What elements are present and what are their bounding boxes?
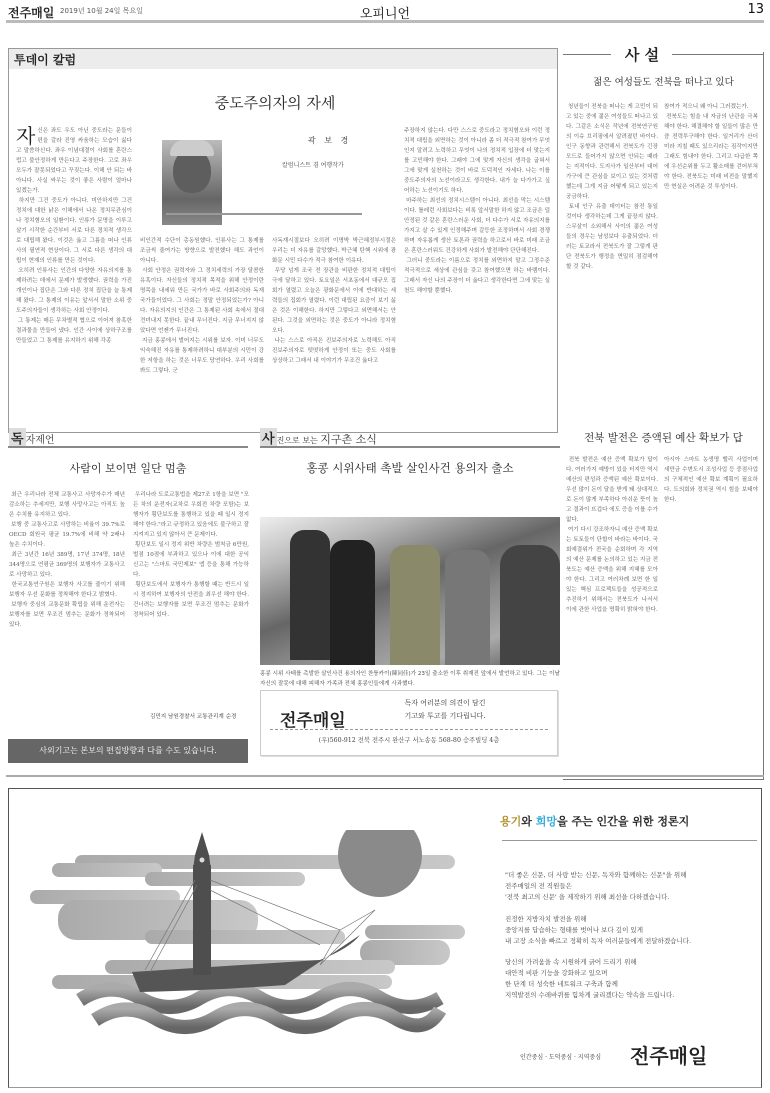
ad-paragraph-2: 진정한 지방자치 발전을 위해 중앙지를 답습하는 형태를 벗어나 보다 깊이 … — [505, 914, 765, 947]
column-paragraph: 사독재시절보다 오히려 이명박 박근혜정부시절은 우리는 더 자유를 갈망했다.… — [272, 238, 396, 264]
editorial-label: 사 설 — [612, 44, 672, 65]
column-paragraph: 오히려 인류사는 인간의 다양한 자유의지를 통제하려는 데에서 문제가 발생했… — [16, 268, 132, 314]
editorial-paragraph: 청년들이 전북을 떠나는 게 고민이 되고 있는 중에 젊은 여성들도 떠나고 … — [566, 104, 658, 200]
reader-letter-section-label: 독자제언 — [9, 428, 55, 447]
column-paragraph: 그 통제는 매든 무차별적 협으로 이어져 참혹한 결과물을 만들어 냈다. 인… — [16, 318, 132, 344]
news-photo-figure — [445, 550, 490, 665]
ad-line: '전북 최고의 신문' 을 제작하기 위해 최선을 다하겠습니다. — [505, 892, 765, 903]
ad-line: 당신의 가려움을 속 시원하게 긁어 드리기 위해 — [505, 957, 765, 968]
author-name: 곽 보 경 — [308, 135, 351, 146]
letter-paragraph: 보행 중 교통사고로 사망하는 비율이 39.7%로 OECD 회원국 평균 1… — [9, 522, 125, 548]
editorial-paragraph: 참여가 적으니 왜 아니 그러겠는가. — [664, 104, 749, 110]
ad-line: 내 고장 소식을 빠르고 정확히 독자 여러분들에게 전달하겠습니다. — [505, 936, 765, 947]
column-paragraph: 무당 넘게 조국 전 장관을 비판한 정치적 대립이 극에 달하고 있다. 토요… — [272, 268, 396, 334]
ad-headline-courage: 용기 — [500, 815, 521, 828]
reader-letter-initial: 독 — [9, 428, 26, 447]
ad-slogan: 인간중심 · 도덕중심 · 지역중심 — [520, 1052, 601, 1061]
ad-headline-rest: 을 주는 인간을 위한 정론지 — [557, 815, 689, 828]
news-photo-figure — [330, 540, 375, 665]
world-photo-label-small: 진으로 보는 — [277, 436, 321, 445]
ad-headline: 용기와 희망을 주는 인간을 위한 정론지 — [500, 813, 689, 829]
ad-line: "더 좋은 신문, 더 사랑 받는 신문, 독자와 함께하는 신문"을 위해 — [505, 870, 765, 881]
drop-cap: 자 — [16, 126, 35, 146]
editorial-paragraph: 전북 발전은 예산 증액 확보가 답이다. 여러가지 예방이 있을 터지만 역시… — [566, 457, 658, 523]
world-photo-label-large: 지구촌 소식 — [320, 433, 377, 446]
column-body-col1: 자 신은 좌도 우도 아닌 중도라는 문들이 편을 갈라 진영 싸움하는 모습이… — [16, 126, 132, 426]
letter-paragraph: 우리나라 도로교통법을 제27조 1항을 보면 "모든 차의 운전자(교차로 우… — [133, 492, 249, 538]
author-rule — [166, 213, 362, 215]
world-photo-initial: 사 — [260, 428, 277, 447]
column-title: 중도주의자의 자세 — [150, 92, 400, 113]
column-paragraph: 그러니 중도라는 이름으로 정치를 외면하지 말고 그정수준 적극적으로 세상에… — [404, 258, 550, 294]
page-number: 13 — [747, 2, 764, 17]
photo-caption: 홍콩 시위 사태를 촉발한 살인사건 용의자인 찬퉁카이(陳同佳)가 23일 출… — [260, 669, 560, 689]
ad-paragraph-1: "더 좋은 신문, 더 사랑 받는 신문, 독자와 함께하는 신문"을 위해 전… — [505, 870, 765, 903]
promo-divider — [270, 729, 548, 730]
letter-paragraph: 최근 우리나라 전체 교통사고 사망자수가 매년 감소하는 추세지만, 보행 사… — [9, 492, 125, 518]
today-column-label: 투데이 칼럼 — [14, 51, 76, 68]
column-paragraph: 지금 홍콩에서 벌어지는 시위를 보자. 이미 너무도 익숙해진 자유를 통제하… — [140, 338, 264, 374]
column-paragraph: 나는 스스로 아직은 진보주의자로 노력해도 아직 진보주의자로 떳떳하게 안정… — [272, 338, 396, 364]
ad-headline-hope: 희망 — [536, 815, 557, 828]
page-divider — [6, 775, 764, 777]
reader-letter-label-rest: 자제언 — [26, 435, 55, 446]
column-body-col4: 주장하지 않는다. 다만 스스로 중도라고 정치혐오와 이런 정치적 대립을 외… — [404, 126, 550, 426]
editorial-title-1: 젊은 여성들도 전북을 떠나고 있다 — [563, 74, 764, 88]
column-paragraph: 주장하지 않는다. 다만 스스로 중도라고 정치혐오와 이런 정치적 대립을 외… — [404, 128, 550, 194]
letter-signature: 김민지 남원경찰서 교통관리계 순경 — [150, 712, 236, 720]
ad-headline-connector: 와 — [521, 815, 535, 828]
ad-line: 진정한 지방자치 발전을 위해 — [505, 914, 765, 925]
editorial2-body-col1: 전북 발전은 예산 증액 확보가 답이다. 여러가지 예방이 있을 터지만 역시… — [566, 455, 658, 775]
ad-line: 대안적 비판 기능을 강화하고 있으며 — [505, 968, 765, 979]
editorial1-body-col2: 참여가 적으니 왜 아니 그러겠는가. 전북도는 힘을 내 자금의 난관을 극복… — [664, 102, 758, 420]
author-role: 칼럼니스트 겸 여행작가 — [282, 160, 344, 169]
news-photo-figure — [290, 530, 330, 660]
author-photo-cap — [170, 140, 214, 156]
editorial-title-2: 전북 발전은 증액된 예산 확보가 답 — [563, 430, 764, 445]
letter-paragraph: 한국교통연구원은 보행자 사고를 줄이기 위해 보행자 우선 문화를 정착해야 … — [9, 582, 125, 598]
editorial-paragraph: 아시아 스마트 농생명 밸리 사업이며 새만금 수변도시 조성사업 등 중점사업… — [664, 457, 758, 503]
editorial-paragraph: 토내 인구 유출 데이터는 참전 통일 것이다 생각하는데 그게 끝장지 않다.… — [566, 204, 658, 270]
header-rule — [6, 20, 764, 23]
column-body-col3: 사독재시절보다 오히려 이명박 박근혜정부시절은 우리는 더 자유를 갈망했다.… — [272, 236, 396, 426]
ad-line: 전주매일의 전 직원들은 — [505, 881, 765, 892]
pen-nib-ship-illustration-icon — [20, 830, 490, 1070]
column-paragraph: 마주하는 최선의 정치시스템이 아니다. 최선을 막는 시스템이다. 톨레런 사… — [404, 198, 550, 254]
promo-line-2: 기고와 투고를 기다립니다. — [370, 711, 520, 721]
ad-brand-logo: 전주매일 — [630, 1040, 707, 1069]
letter-paragraph: 보행자 중심의 교통문화 확립을 위해 운전자는 보행자를 보면 무조건 멈추는… — [9, 602, 125, 628]
editorial1-body-col1: 청년들이 전북을 떠나는 게 고민이 되고 있는 중에 젊은 여성들도 떠나고 … — [566, 102, 658, 420]
world-photo-title: 홍콩 시위사태 촉발 살인사건 용의자 출소 — [260, 460, 560, 476]
column-paragraph: 하지만 그건 중도가 아니다. 미안하지만 그건 정치에 대한 낡은 이해에서 … — [16, 198, 132, 264]
reader-letter-rule — [8, 446, 248, 448]
promo-brand: 전주매일 — [280, 706, 346, 731]
promo-line-1: 독자 여러분의 의견이 담긴 — [370, 698, 520, 708]
news-photo-figure — [390, 545, 440, 665]
letter-paragraph: 횡단보도에서 보행자가 통행할 때는 반드시 일시 정지하여 보행자의 안전을 … — [133, 582, 249, 618]
ad-rule — [502, 840, 757, 841]
ad-line: 지역발전의 수레바퀴를 힘차게 굴리겠다는 약속을 드립니다. — [505, 990, 765, 1001]
letter-paragraph: 횡단보도 일시 정지 위반 차량은 범칙금 6만원, 벌점 10점에 부과하고 … — [133, 542, 249, 578]
editorial-paragraph: 여기 다시 강조하자니 예산 증액 확보는 토토들이 단합이 바라는 바이다. … — [566, 527, 658, 613]
news-photo-figure — [500, 545, 560, 665]
ad-line: 한 단계 더 성숙한 네트워크 구축과 함께 — [505, 979, 765, 990]
reader-letter-body-col2: 우리나라 도로교통법을 제27조 1항을 보면 "모든 차의 운전자(교차로 우… — [133, 490, 249, 710]
world-photo-section-label: 사진으로 보는 지구촌 소식 — [260, 428, 377, 447]
editorial-rule-left — [563, 54, 611, 55]
disclaimer-banner: 사외기고는 본보의 편집방향과 다를 수도 있습니다. — [8, 739, 248, 763]
reader-letter-body-col1: 최근 우리나라 전체 교통사고 사망자수가 매년 감소하는 추세지만, 보행 사… — [9, 490, 125, 720]
ad-line: 중앙지를 답습하는 형태를 벗어나 보다 깊이 있게 — [505, 925, 765, 936]
promo-address: (우)560-912 전북 전주시 완산구 서노송동 568-80 승주빌딩 4… — [270, 735, 548, 744]
reader-letter-title: 사람이 보이면 일단 멈춤 — [8, 460, 248, 476]
editorial2-body-col2: 아시아 스마트 농생명 밸리 사업이며 새만금 수변도시 조성사업 등 중점사업… — [664, 455, 758, 775]
editorial-paragraph: 전북도는 힘을 내 자금의 난관을 극복해야 한다. 해결해야 할 일들이 많은… — [664, 114, 758, 190]
letter-paragraph: 최근 3년간 16년 389명, 17년 374명, 18년 344명으로 연평… — [9, 552, 125, 578]
ad-paragraph-3: 당신의 가려움을 속 시원하게 긁어 드리기 위해 대안적 비판 기능을 강화하… — [505, 957, 765, 1001]
world-photo-rule — [260, 446, 560, 448]
column-paragraph: 비인간적 수단이 총동원했다. 인류사는 그 통제를 조금씩 줄여가는 방향으로… — [140, 238, 264, 264]
column-paragraph: 사회 안정은 권력자와 그 정치세력의 가장 달콤한 유혹이다. 자신들의 정치… — [140, 268, 264, 334]
today-column-label-bar — [9, 49, 557, 69]
editorial-rule-right — [672, 54, 764, 55]
column-body-col2: 비인간적 수단이 총동원했다. 인류사는 그 통제를 조금씩 줄여가는 방향으로… — [140, 236, 264, 426]
